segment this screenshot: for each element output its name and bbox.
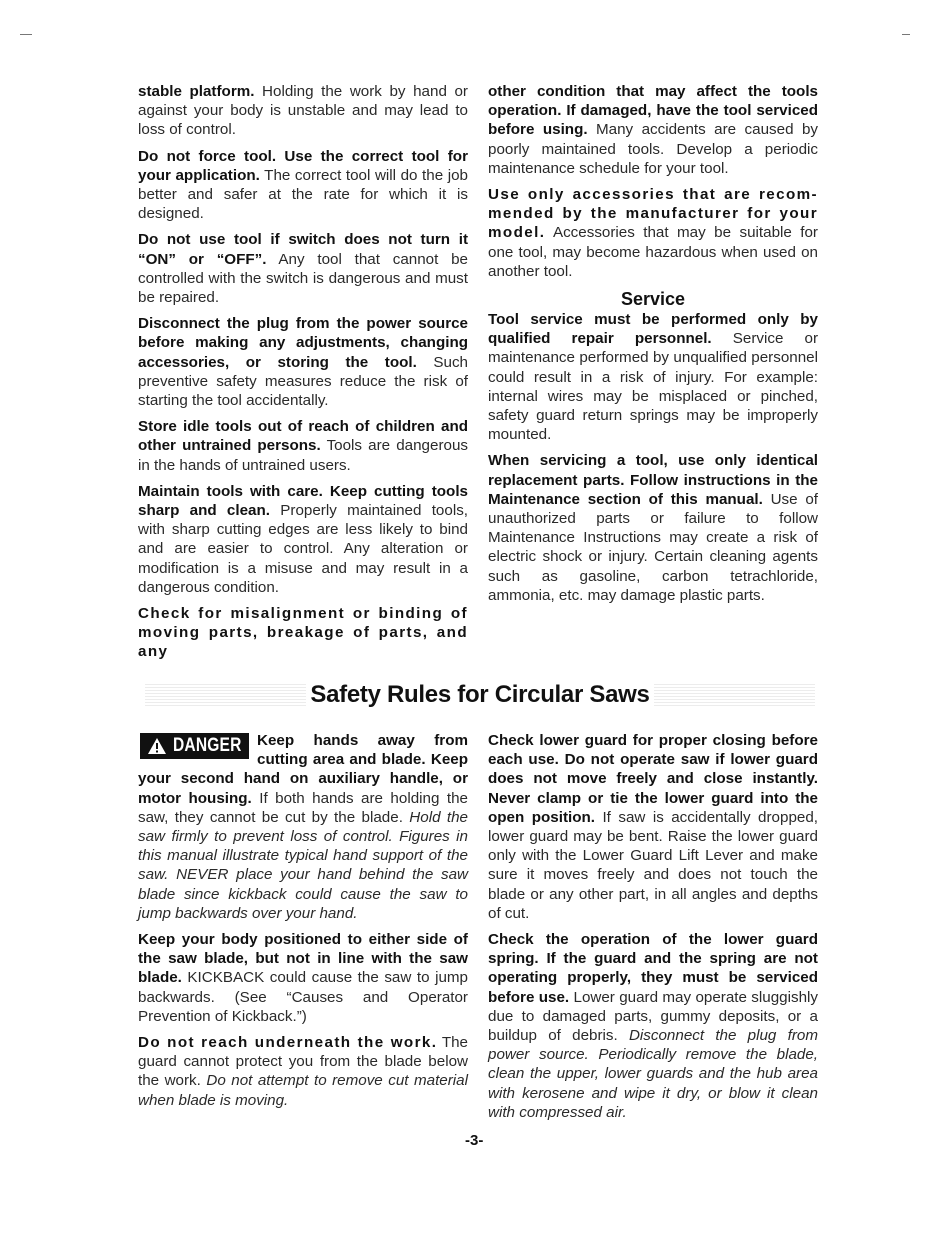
- danger-badge: DANGER: [140, 733, 249, 759]
- rule-paragraph: Store idle tools out of reach of childre…: [138, 417, 468, 475]
- warning-triangle-icon: [147, 737, 167, 755]
- section-title: Safety Rules for Circular Saws: [145, 680, 815, 710]
- service-heading: Service: [488, 288, 818, 310]
- crop-mark-right: [902, 34, 910, 35]
- rule-paragraph: Use only accessories that are recom-mend…: [488, 185, 818, 281]
- service-paragraph: Tool service must be performed only by q…: [488, 310, 818, 444]
- circular-saw-rules-right-column: Check lower guard for proper closing bef…: [488, 731, 818, 1129]
- general-rules-right-column: other condition that may affect the tool…: [488, 82, 818, 612]
- general-rules-left-column: stable platform. Holding the work by han…: [138, 82, 468, 669]
- rule-paragraph: other condition that may affect the tool…: [488, 82, 818, 178]
- service-paragraph: When servicing a tool, use only identica…: [488, 451, 818, 605]
- page-number: -3-: [465, 1132, 483, 1149]
- rule-paragraph: Do not use tool if switch does not turn …: [138, 230, 468, 307]
- rule-paragraph: Disconnect the plug from the power sourc…: [138, 314, 468, 410]
- saw-rule-paragraph: Do not reach underneath the work. The gu…: [138, 1033, 468, 1110]
- saw-rule-paragraph: Keep your body positioned to either side…: [138, 930, 468, 1026]
- saw-rule-paragraph: Check the operation of the lower guard s…: [488, 930, 818, 1122]
- rule-paragraph: Maintain tools with care. Keep cutting t…: [138, 482, 468, 597]
- danger-label: DANGER: [173, 736, 230, 755]
- rule-paragraph: Do not force tool. Use the correct tool …: [138, 147, 468, 224]
- saw-rule-paragraph: Check lower guard for proper closing bef…: [488, 731, 818, 923]
- section-title-banner: Safety Rules for Circular Saws: [145, 676, 815, 716]
- rule-paragraph: stable platform. Holding the work by han…: [138, 82, 468, 140]
- rule-paragraph: Check for misalignment or binding of mov…: [138, 604, 468, 662]
- circular-saw-rules-left-column: DANGER Keep hands away from cutting area…: [138, 731, 468, 1117]
- crop-mark-left: [20, 34, 32, 35]
- saw-rule-paragraph: DANGER Keep hands away from cutting area…: [138, 731, 468, 923]
